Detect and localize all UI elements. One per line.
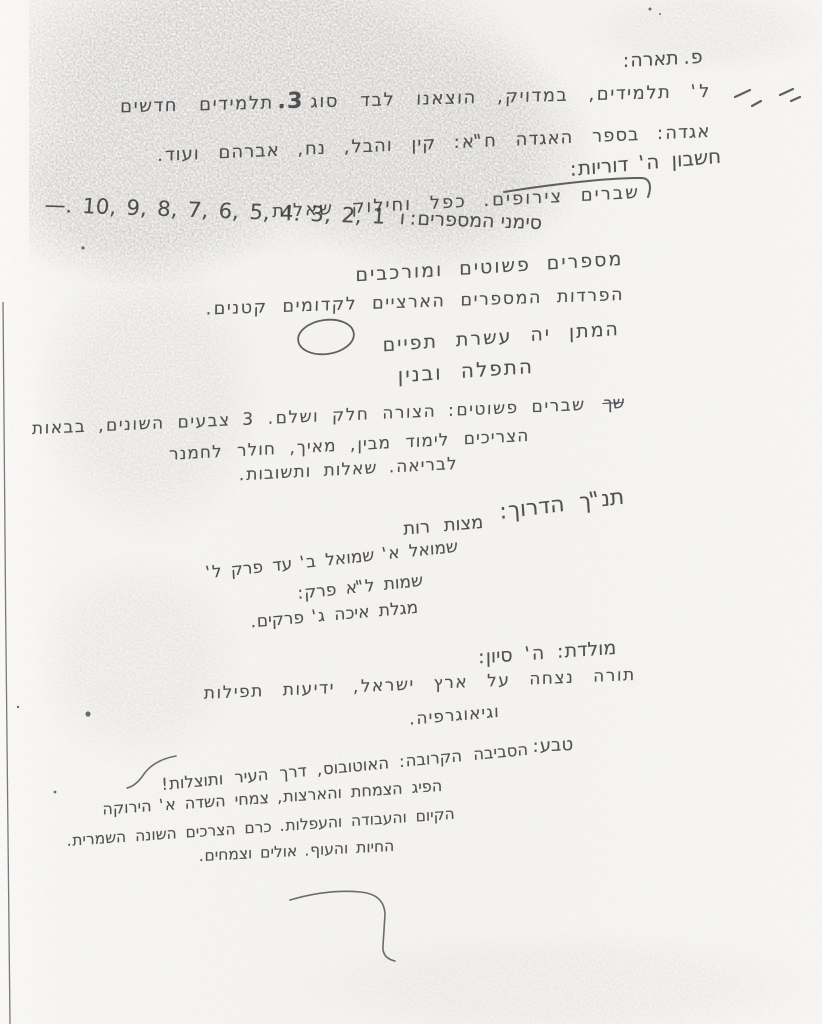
numbers-label: סימני המספרים: ו <box>398 207 542 234</box>
types-line: מספרים פשוטים ומורכבים <box>352 250 624 285</box>
pen-circle-annotation <box>296 316 356 357</box>
learning-line: הצריכים לימוד מבין, מאיך, חולר לחמנר <box>167 428 531 464</box>
scan-noise-bottom <box>290 930 822 1024</box>
moledet-line-1: תורה נצחה על ארץ ישראל, ידיעות תפילות <box>201 667 636 703</box>
tanakh-item-4: מגלת איכה ג' פרקים. <box>248 600 419 631</box>
exam-line: המתן יה עשרת תפיים <box>380 320 621 355</box>
tanakh-item-1: מצות רות <box>400 514 484 539</box>
intro-number: 3. <box>276 91 306 114</box>
moledet-line-2: וגיאוגרפיה. <box>407 704 500 729</box>
page-scan: פ. תארה: ל' תלמידים, במדויק, הוצאנו לבד … <box>0 0 822 1024</box>
teva-label: טבע: <box>531 736 574 756</box>
corner-note: פ. תארה: <box>621 48 703 71</box>
heshbon-heading: חשבון ה' דוריות: <box>567 146 721 179</box>
teva-line-4: החיות והעוף. אולים וצמחים. <box>197 839 395 865</box>
tanakh-heading: תנ"ך הדרוך: <box>497 487 626 524</box>
scan-noise-midleft <box>40 555 260 770</box>
struck-word: שך <box>601 395 625 413</box>
ink-tick-marks <box>735 89 800 106</box>
page-edge-line <box>3 302 10 1024</box>
pen-bottom-stroke <box>290 891 395 961</box>
intro-line: ל' תלמידים, במדויק, הוצאנו לבד סוג3.תלמי… <box>117 80 711 117</box>
moledet-heading: מולדת: ה' סיון: <box>476 639 617 667</box>
qa-line: לבריאה. שאלות ותשובות. <box>237 456 458 484</box>
prayer-line: התפלה ובנין <box>394 356 534 385</box>
scan-noise-left <box>40 250 270 550</box>
separation-line: הפרדות המספרים הארציים לקדומים קטנים. <box>205 287 625 319</box>
intro-before: ל' תלמידים, במדויק, הוצאנו לבד סוג <box>308 81 712 112</box>
intro-after: תלמידים חדשים <box>118 92 275 117</box>
